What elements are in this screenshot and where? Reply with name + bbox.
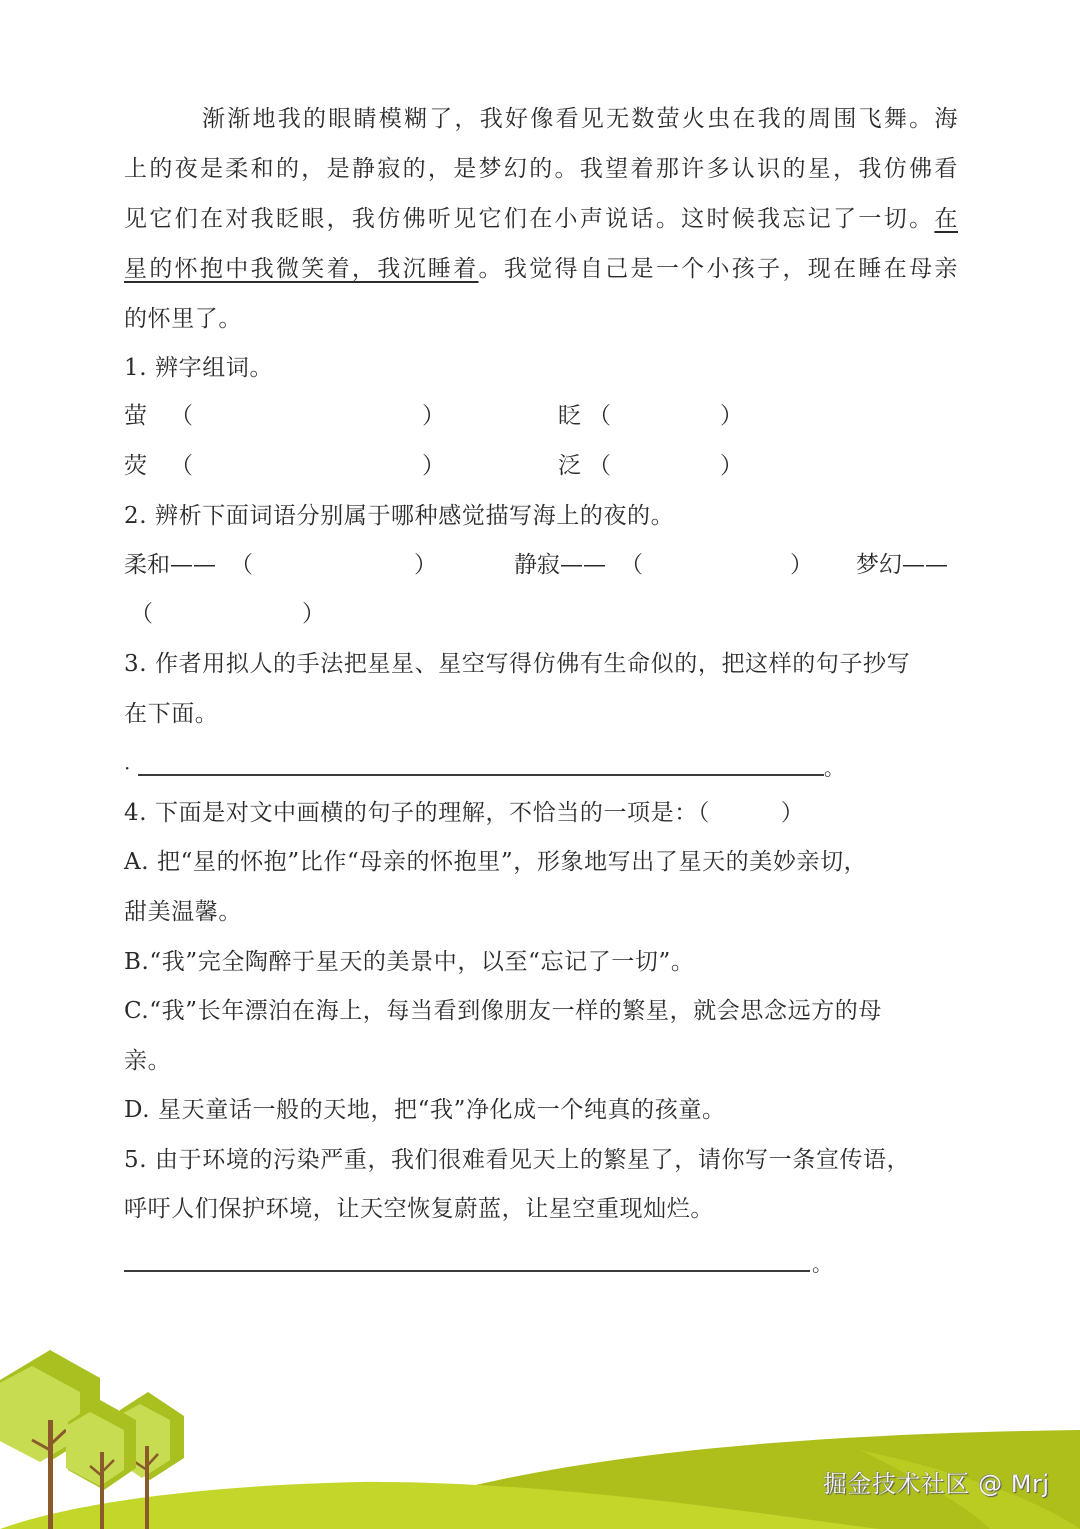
q1-item-fan: 泛 (558, 441, 581, 491)
q2-paren-open-2: （ (620, 540, 643, 590)
q1-answer-blank-2[interactable]: ） (720, 391, 743, 441)
question-3-line-1: 3. 作者用拟人的手法把星星、星空写得仿佛有生命似的，把这样的句子抄写 (124, 639, 910, 689)
question-5-line-2: 呼吁人们保护环境，让天空恢复蔚蓝，让星空重现灿烂。 (124, 1184, 714, 1234)
question-1-title: 1. 辨字组词。 (124, 343, 273, 393)
q1-paren-open-2: （ (588, 391, 611, 441)
passage-line-3-text: 见它们在对我眨眼，我仿佛听见它们在小声说话。这时候我忘记了一切。 (124, 206, 934, 232)
q5-answer-line[interactable] (124, 1270, 810, 1272)
q1-char: 萤 (124, 403, 147, 429)
watermark: 掘金技术社区 @ Mrj (823, 1464, 1050, 1499)
passage-line-5: 的怀里了。 (124, 294, 242, 344)
passage-line-3: 见它们在对我眨眼，我仿佛听见它们在小声说话。这时候我忘记了一切。在 (124, 194, 958, 244)
q1-answer-blank-1[interactable]: ） (422, 391, 445, 441)
q1-paren-open-3: （ (170, 441, 193, 491)
passage-line-4-text: 。我觉得自己是一个小孩子，现在睡在母亲 (479, 256, 958, 282)
q2-answer-blank-2[interactable]: ） (790, 540, 813, 590)
q2-word-menghuan: 梦幻—— (856, 540, 948, 590)
underlined-sentence-start: 在 (934, 206, 958, 232)
q3-answer-prefix: · (124, 758, 130, 778)
q4-option-c-line-1[interactable]: C.“我”长年漂泊在海上，每当看到像朋友一样的繁星，就会思念远方的母 (124, 986, 882, 1036)
q3-answer-line[interactable] (138, 774, 824, 776)
q2-word-rouhe: 柔和—— (124, 540, 216, 590)
q4-option-d[interactable]: D. 星天童话一般的天地，把“我”净化成一个纯真的孩童。 (124, 1085, 726, 1135)
q2-word-jingji: 静寂—— (514, 540, 606, 590)
q4-option-b[interactable]: B.“我”完全陶醉于星天的美景中，以至“忘记了一切”。 (124, 937, 694, 987)
q1-item-ying2: 荧 (124, 441, 147, 491)
q2-answer-blank-1[interactable]: ） (414, 540, 437, 590)
question-3-line-2: 在下面。 (124, 689, 218, 739)
q2-paren-open-3: （ (130, 589, 153, 639)
q4-option-c-line-2[interactable]: 亲。 (124, 1036, 171, 1086)
q5-answer-suffix: 。 (812, 1254, 832, 1274)
q3-answer-suffix: 。 (824, 758, 844, 778)
q1-paren-open: （ (170, 391, 193, 441)
question-5-line-1: 5. 由于环境的污染严重，我们很难看见天上的繁星了，请你写一条宣传语， (124, 1135, 910, 1185)
q1-answer-blank-4[interactable]: ） (720, 441, 743, 491)
q1-answer-blank-3[interactable]: ） (422, 441, 445, 491)
q4-option-a-line-2[interactable]: 甜美温馨。 (124, 887, 242, 937)
q1-paren-open-4: （ (588, 441, 611, 491)
passage-line-4: 星的怀抱中我微笑着，我沉睡着。我觉得自己是一个小孩子，现在睡在母亲 (124, 244, 958, 294)
passage-line-2: 上的夜是柔和的，是静寂的，是梦幻的。我望着那许多认识的星，我仿佛看 (124, 144, 958, 194)
q1-item-ying: 萤 (124, 391, 147, 441)
q1-item-zha: 眨 (558, 391, 581, 441)
question-2-title: 2. 辨析下面词语分别属于哪种感觉描写海上的夜的。 (124, 491, 674, 541)
q4-option-a-line-1[interactable]: A. 把“星的怀抱”比作“母亲的怀抱里”，形象地写出了星天的美妙亲切， (124, 837, 867, 887)
q2-answer-blank-3[interactable]: ） (302, 589, 325, 639)
passage-line-1: 渐渐地我的眼睛模糊了，我好像看见无数萤火虫在我的周围飞舞。海 (124, 94, 958, 144)
q2-paren-open-1: （ (230, 540, 253, 590)
underlined-sentence: 星的怀抱中我微笑着，我沉睡着 (124, 256, 479, 282)
question-4-title: 4. 下面是对文中画横的句子的理解，不恰当的一项是：（ ） (124, 788, 804, 838)
